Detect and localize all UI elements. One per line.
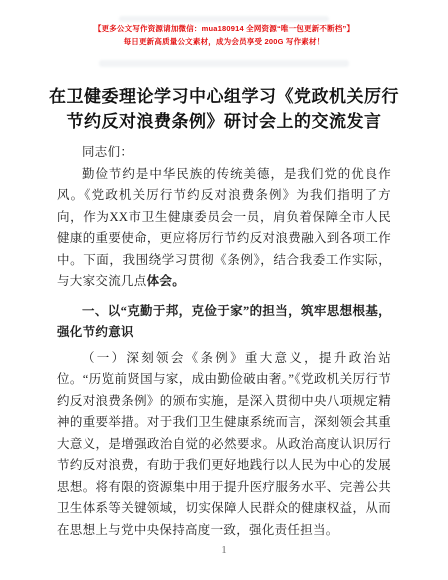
document-title: 在卫健委理论学习中心组学习《党政机关厉行 节约反对浪费条例》研讨会上的交流发言: [44, 84, 404, 134]
promo-watermark: 【更多公文写作资源请加微信：mua180914 全网资源“唯一包更新不断档”】 …: [0, 23, 448, 48]
section-heading-1: 一、以“克勤于邦，克俭于家”的担当，筑牢思想根基，强化节约意识: [57, 301, 391, 344]
document-body: 同志们： 勤俭节约是中华民族的传统美德，是我们党的优良作风。《党政机关厉行节约反…: [57, 142, 391, 541]
document-title-line-2: 节约反对浪费条例》研讨会上的交流发言: [44, 109, 404, 134]
faded-watermark-remnant-top: [119, 16, 329, 22]
paragraph-section-1-1: （一）深刻领会《条例》重大意义，提升政治站位。“历览前贤国与家，成由勤俭破由奢。…: [57, 348, 391, 542]
document-title-line-1: 在卫健委理论学习中心组学习《党政机关厉行: [44, 84, 404, 109]
salutation: 同志们：: [57, 142, 391, 164]
promo-line-1: 【更多公文写作资源请加微信：mua180914 全网资源“唯一包更新不断档”】: [0, 23, 448, 36]
paragraph-intro: 勤俭节约是中华民族的传统美德，是我们党的优良作风。《党政机关厉行节约反对浪费条例…: [57, 164, 391, 293]
page-number: 1: [0, 544, 448, 556]
faded-watermark-remnant-mid: [99, 60, 349, 67]
promo-line-2: 每日更新高质量公文素材，成为会员享受 200G 写作素材！: [0, 36, 448, 49]
document-page: 【更多公文写作资源请加微信：mua180914 全网资源“唯一包更新不断档”】 …: [0, 0, 448, 580]
paragraph-intro-text: 勤俭节约是中华民族的传统美德，是我们党的优良作风。《党政机关厉行节约反对浪费条例…: [57, 167, 391, 289]
paragraph-intro-emphasis: 体会。: [147, 274, 185, 288]
